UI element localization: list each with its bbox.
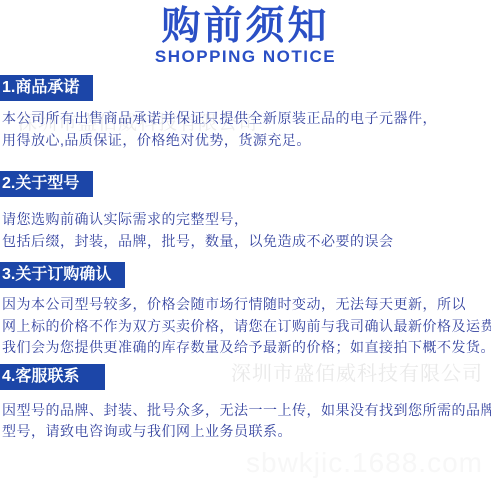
section-4-text: 因型号的品牌、封装、批号众多，无法一一上传，如果没有找到您所需的品牌、 型号，请… xyxy=(0,400,491,443)
section-3-line-1: 因为本公司型号较多，价格会随市场行情随时变动，无法每天更新，所以 xyxy=(2,294,491,316)
section-2-line-1: 请您选购前确认实际需求的完整型号， xyxy=(2,209,491,231)
section-customer-service: 4.客服联系 因型号的品牌、封装、批号众多，无法一一上传，如果没有找到您所需的品… xyxy=(0,364,491,443)
section-3-line-3: 我们会为您提供更准确的库存数量及给予最新的价格；如直接拍下概不发货。 xyxy=(2,337,491,359)
page-subtitle: SHOPPING NOTICE xyxy=(0,48,491,66)
page-title: 购前须知 xyxy=(0,6,491,48)
section-3-text: 因为本公司型号较多，价格会随市场行情随时变动，无法每天更新，所以 网上标的价格不… xyxy=(0,294,491,359)
section-1-line-1: 本公司所有出售商品承诺并保证只提供全新原装正品的电子元器件， xyxy=(2,108,491,130)
shopping-notice-page: 深圳市盛佰威科技有限公司 深圳市盛佰威科技有限公司 sbwkjic.1688.c… xyxy=(0,0,491,493)
section-3-badge: 3.关于订购确认 xyxy=(0,262,125,288)
section-3-line-2: 网上标的价格不作为双方买卖价格，请您在订购前与我司确认最新价格及运费， xyxy=(2,316,491,338)
section-4-badge: 4.客服联系 xyxy=(0,364,105,390)
section-order-confirmation: 3.关于订购确认 因为本公司型号较多，价格会随市场行情随时变动，无法每天更新，所… xyxy=(0,262,491,359)
section-1-line-2: 用得放心,品质保证，价格绝对优势，货源充足。 xyxy=(2,130,491,152)
section-4-line-1: 因型号的品牌、封装、批号众多，无法一一上传，如果没有找到您所需的品牌、 xyxy=(2,400,491,422)
section-1-text: 本公司所有出售商品承诺并保证只提供全新原装正品的电子元器件， 用得放心,品质保证… xyxy=(0,108,491,151)
shop-url-watermark: sbwkjic.1688.com xyxy=(246,447,483,479)
section-about-model: 2.关于型号 请您选购前确认实际需求的完整型号， 包括后缀，封装，品牌，批号，数… xyxy=(0,171,491,252)
notice-header: 购前须知 SHOPPING NOTICE xyxy=(0,0,491,66)
section-product-promise: 1.商品承诺 本公司所有出售商品承诺并保证只提供全新原装正品的电子元器件， 用得… xyxy=(0,75,491,151)
section-4-line-2: 型号，请致电咨询或与我们网上业务员联系。 xyxy=(2,421,491,443)
section-2-badge: 2.关于型号 xyxy=(0,171,93,197)
section-2-text: 请您选购前确认实际需求的完整型号， 包括后缀，封装，品牌，批号，数量，以免造成不… xyxy=(0,209,491,252)
section-1-badge: 1.商品承诺 xyxy=(0,75,93,101)
section-2-line-2: 包括后缀，封装，品牌，批号，数量，以免造成不必要的误会 xyxy=(2,231,491,253)
